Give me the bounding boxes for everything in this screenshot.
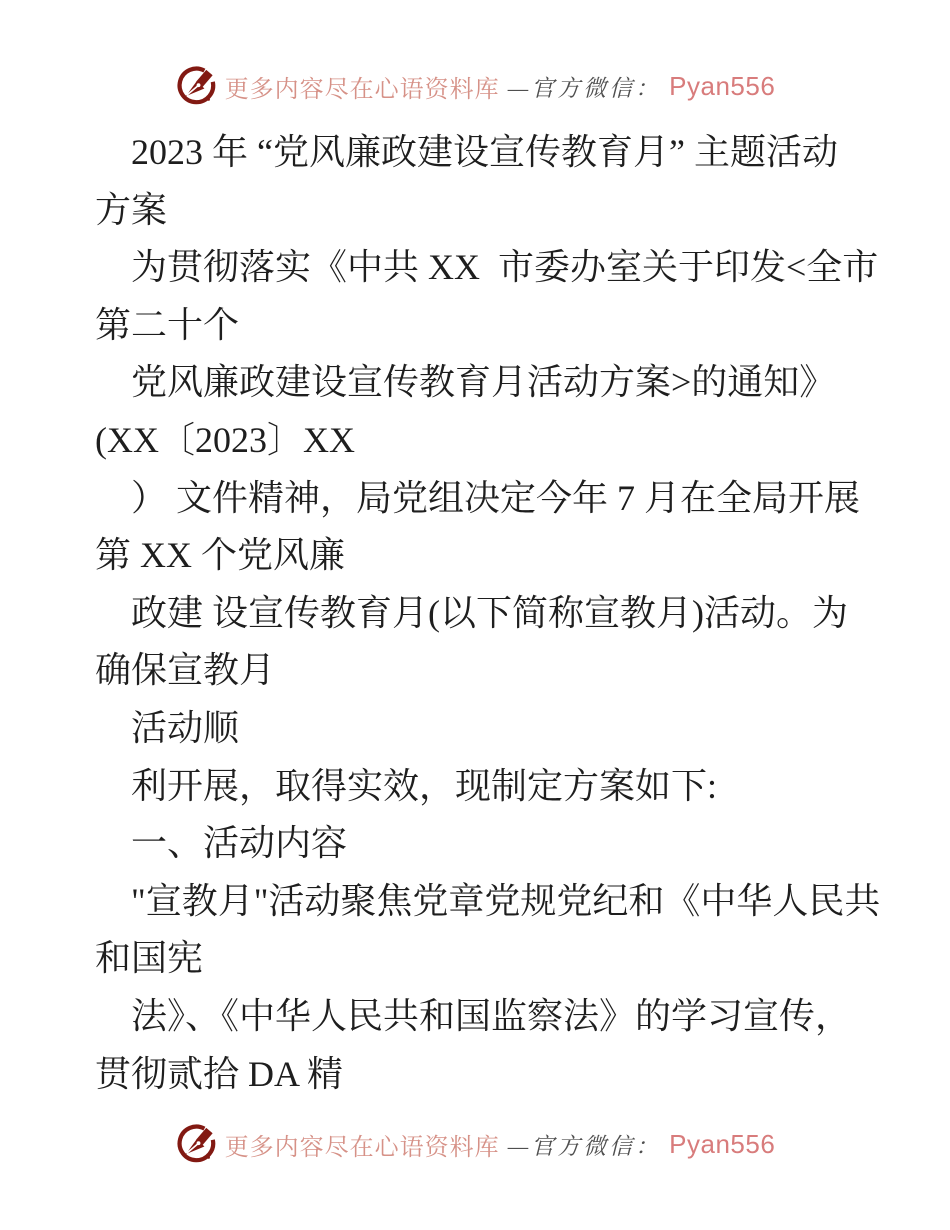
text-line: "宣教月"活动聚焦党章党规党纪和《中华人民共	[95, 873, 885, 931]
text-line: 2023 年 “党风廉政建设宣传教育月” 主题活动	[95, 124, 885, 182]
brand-logo-icon	[175, 62, 217, 110]
text-line: 方案	[95, 182, 885, 240]
text-line: 活动顺	[95, 700, 885, 758]
brand-logo-icon	[175, 1120, 217, 1168]
footer-watermark: 更多内容尽在心语资料库 —官方微信： Pyan556	[0, 1116, 950, 1172]
watermark-brand-text: 更多内容尽在心语资料库	[225, 69, 500, 104]
watermark-brand-text: 更多内容尽在心语资料库	[225, 1127, 500, 1162]
text-line: 和国宪	[95, 930, 885, 988]
text-line: 确保宣教月	[95, 642, 885, 700]
watermark-separator-text: —官方微信：	[508, 70, 661, 103]
watermark-wechat-id: Pyan556	[669, 1129, 775, 1160]
text-line: 利开展，取得实效，现制定方案如下:	[95, 758, 885, 816]
text-line: 为贯彻落实《中共 XX 市委办室关于印发<全市	[95, 239, 885, 297]
text-line: 一、活动内容	[95, 815, 885, 873]
text-line: 法》、《中华人民共和国监察法》的学习宣传，	[95, 988, 885, 1046]
text-line: 第 XX 个党风廉	[95, 527, 885, 585]
document-page: 更多内容尽在心语资料库 —官方微信： Pyan556 2023 年 “党风廉政建…	[0, 0, 950, 1230]
header-watermark: 更多内容尽在心语资料库 —官方微信： Pyan556	[0, 58, 950, 114]
text-line: 贯彻贰拾 DA 精	[95, 1046, 885, 1104]
text-line: (XX〔2023〕XX	[95, 412, 885, 470]
watermark-separator-text: —官方微信：	[508, 1128, 661, 1161]
text-line: 党风廉政建设宣传教育月活动方案>的通知》	[95, 354, 885, 412]
text-line: ） 文件精神，局党组决定今年 7 月在全局开展	[95, 470, 885, 528]
watermark-wechat-id: Pyan556	[669, 71, 775, 102]
text-line: 第二十个	[95, 297, 885, 355]
document-body: 2023 年 “党风廉政建设宣传教育月” 主题活动方案为贯彻落实《中共 XX 市…	[95, 124, 885, 1103]
text-line: 政建 设宣传教育月(以下简称宣教月)活动。为	[95, 585, 885, 643]
